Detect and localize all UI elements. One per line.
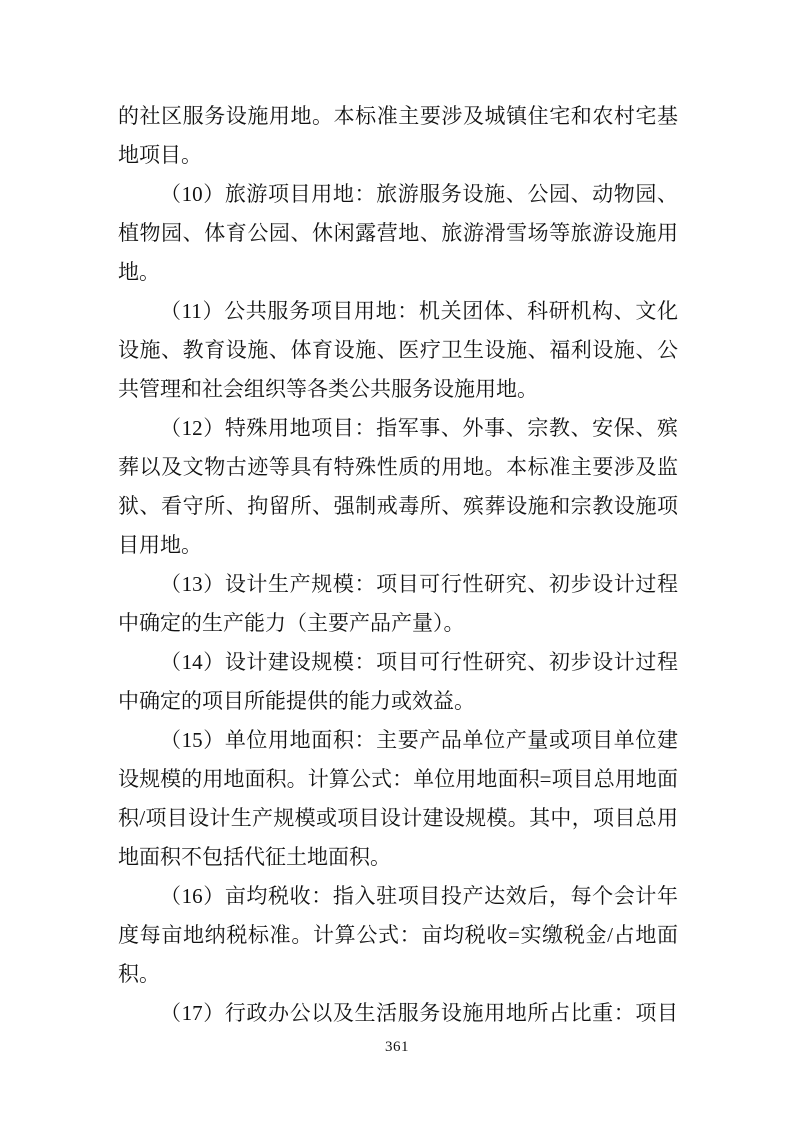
text-line: 目用地。 [118,526,678,565]
text-line: 设规模的用地面积。计算公式：单位用地面积=项目总用地面 [118,760,678,799]
paragraph: （15）单位用地面积：主要产品单位产量或项目单位建设规模的用地面积。计算公式：单… [118,721,678,877]
paragraph: （14）设计建设规模：项目可行性研究、初步设计过程中确定的项目所能提供的能力或效… [118,643,678,721]
text-line: 地项目。 [118,136,678,175]
text-line: 地面积不包括代征土地面积。 [118,838,678,877]
text-line: （14）设计建设规模：项目可行性研究、初步设计过程 [118,643,678,682]
text-line: （13）设计生产规模：项目可行性研究、初步设计过程 [118,565,678,604]
text-line: （17）行政办公以及生活服务设施用地所占比重：项目 [118,994,678,1033]
text-line: 设施、教育设施、体育设施、医疗卫生设施、福利设施、公 [118,331,678,370]
text-line: 共管理和社会组织等各类公共服务设施用地。 [118,370,678,409]
text-line: （11）公共服务项目用地：机关团体、科研机构、文化 [118,292,678,331]
paragraph: （10）旅游项目用地：旅游服务设施、公园、动物园、植物园、体育公园、休闲露营地、… [118,175,678,292]
text-line: （12）特殊用地项目：指军事、外事、宗教、安保、殡 [118,409,678,448]
text-line: 积/项目设计生产规模或项目设计建设规模。其中，项目总用 [118,799,678,838]
page-footer: 361 [0,1038,794,1056]
paragraph: 的社区服务设施用地。本标准主要涉及城镇住宅和农村宅基地项目。 [118,97,678,175]
text-line: 地。 [118,253,678,292]
paragraph: （16）亩均税收：指入驻项目投产达效后，每个会计年度每亩地纳税标准。计算公式：亩… [118,877,678,994]
page-number: 361 [385,1039,409,1055]
document-page: 的社区服务设施用地。本标准主要涉及城镇住宅和农村宅基地项目。（10）旅游项目用地… [0,0,794,1122]
text-line: （16）亩均税收：指入驻项目投产达效后，每个会计年 [118,877,678,916]
text-line: 中确定的项目所能提供的能力或效益。 [118,682,678,721]
text-line: 的社区服务设施用地。本标准主要涉及城镇住宅和农村宅基 [118,97,678,136]
text-line: （10）旅游项目用地：旅游服务设施、公园、动物园、 [118,175,678,214]
text-line: 度每亩地纳税标准。计算公式：亩均税收=实缴税金/占地面 [118,916,678,955]
body-text: 的社区服务设施用地。本标准主要涉及城镇住宅和农村宅基地项目。（10）旅游项目用地… [118,97,678,1033]
text-line: 中确定的生产能力（主要产品产量）。 [118,604,678,643]
paragraph: （11）公共服务项目用地：机关团体、科研机构、文化设施、教育设施、体育设施、医疗… [118,292,678,409]
paragraph: （12）特殊用地项目：指军事、外事、宗教、安保、殡葬以及文物古迹等具有特殊性质的… [118,409,678,565]
text-line: 积。 [118,955,678,994]
paragraph: （17）行政办公以及生活服务设施用地所占比重：项目 [118,994,678,1033]
text-line: 植物园、体育公园、休闲露营地、旅游滑雪场等旅游设施用 [118,214,678,253]
text-line: 葬以及文物古迹等具有特殊性质的用地。本标准主要涉及监 [118,448,678,487]
paragraph: （13）设计生产规模：项目可行性研究、初步设计过程中确定的生产能力（主要产品产量… [118,565,678,643]
text-line: （15）单位用地面积：主要产品单位产量或项目单位建 [118,721,678,760]
text-line: 狱、看守所、拘留所、强制戒毒所、殡葬设施和宗教设施项 [118,487,678,526]
